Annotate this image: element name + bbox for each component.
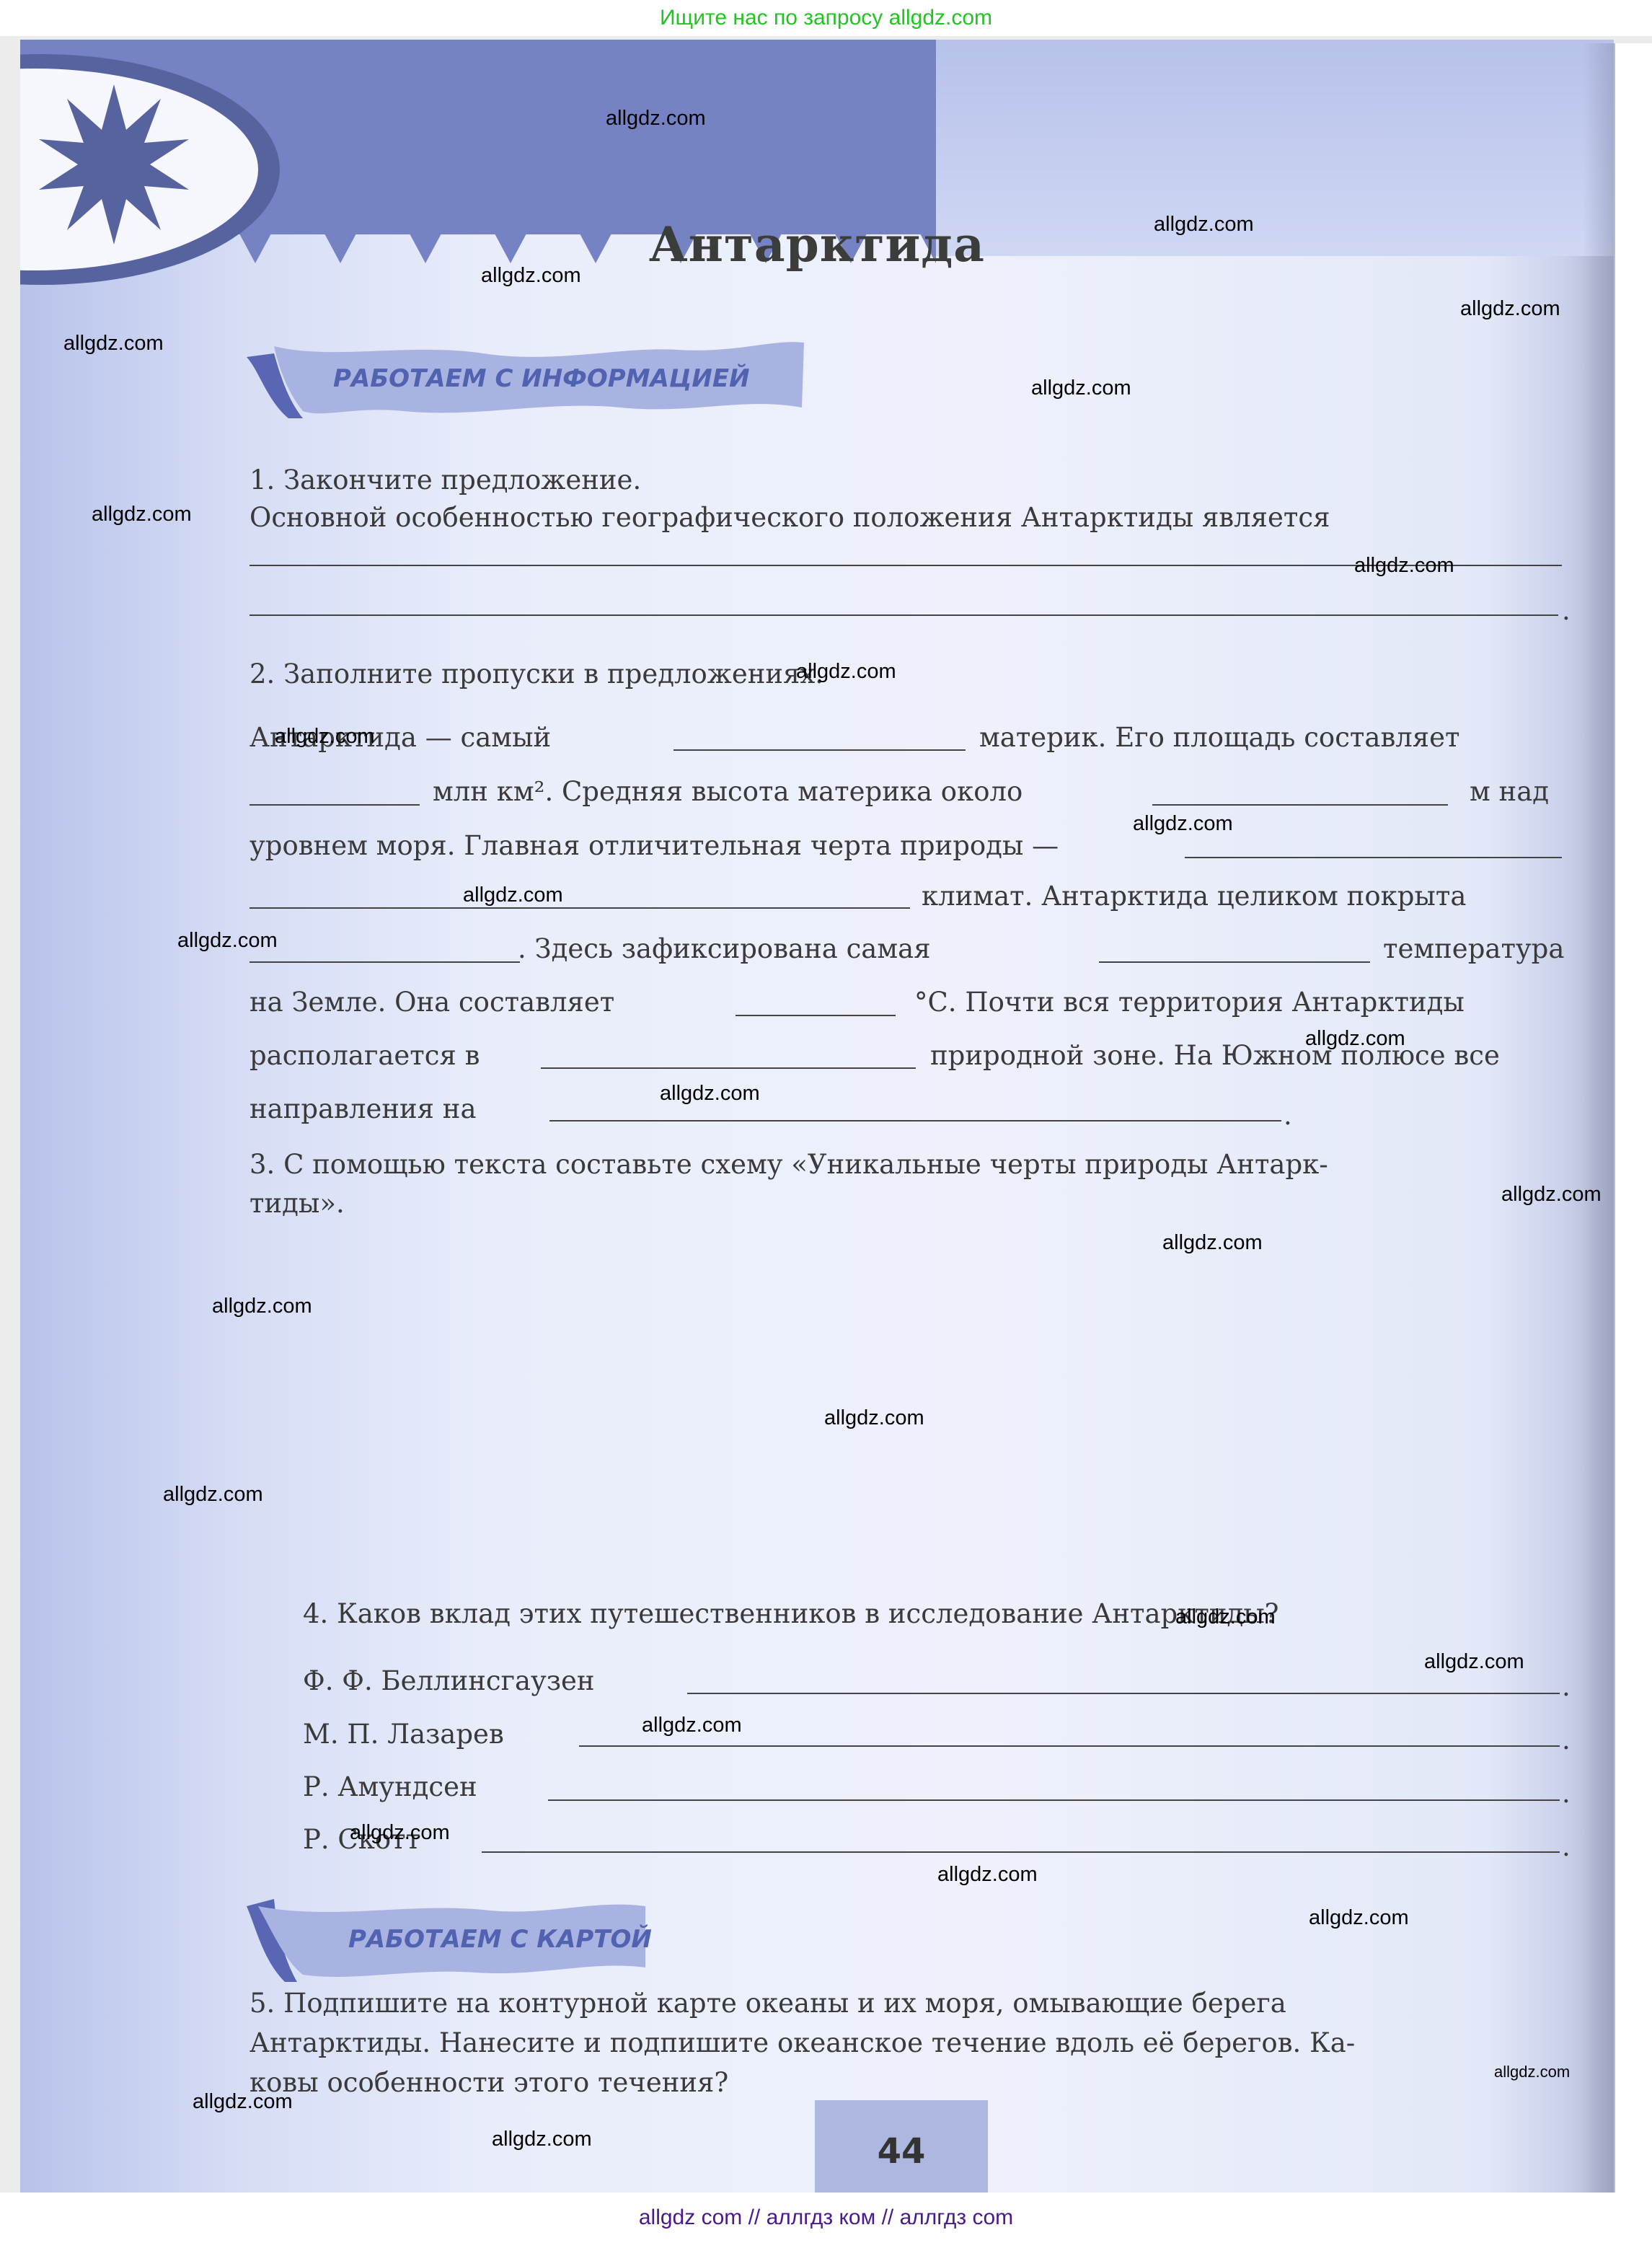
period: . [1562, 1671, 1571, 1702]
section-title-map: РАБОТАЕМ С КАРТОЙ [348, 1925, 652, 1954]
watermark: allgdz.com [92, 503, 192, 526]
watermark: allgdz.com [193, 2090, 293, 2114]
watermark: allgdz.com [1309, 1906, 1409, 1930]
task3-text: 3. С помощью текста составьте схему «Уни… [249, 1148, 1328, 1181]
task1-heading: 1. Закончите предложение. [249, 464, 641, 497]
task2-text: климат. Антарктида целиком покрыта [922, 880, 1466, 913]
watermark: allgdz.com [463, 883, 563, 907]
task5-text: 5. Подпишите на контурной карте океаны и… [249, 1987, 1286, 2020]
blank-direction[interactable] [549, 1120, 1281, 1121]
answer-line-scott[interactable] [482, 1851, 1560, 1853]
watermark: allgdz.com [796, 660, 896, 684]
scan-background-left [0, 36, 20, 2193]
blank-temperature-kind[interactable] [1099, 961, 1370, 963]
watermark: allgdz.com [1305, 1027, 1405, 1051]
task2-text: млн км². Средняя высота материка около [433, 775, 1022, 808]
watermark: allgdz.com [1133, 812, 1233, 836]
watermark: allgdz.com [1494, 2063, 1570, 2081]
watermark: allgdz.com [1175, 1605, 1276, 1629]
task2-text: природной зоне. На Южном полюсе все [930, 1039, 1500, 1072]
period: . [1562, 1778, 1571, 1809]
period: . [1562, 595, 1571, 626]
blank-temperature-value[interactable] [736, 1015, 896, 1016]
answer-line-lazarev[interactable] [579, 1745, 1560, 1747]
workbook-page: Антарктида РАБОТАЕМ С ИНФОРМАЦИЕЙ 1. Зак… [20, 40, 1614, 2193]
watermark: allgdz.com [642, 1714, 742, 1737]
watermark: allgdz.com [177, 929, 278, 953]
bottom-promo-banner[interactable]: allgdz com // аллгдз ком // аллгдз com [0, 2193, 1652, 2243]
task5-text: ковы особенности этого течения? [249, 2066, 728, 2099]
watermark: allgdz.com [1031, 376, 1131, 400]
period: . [1562, 1831, 1571, 1862]
watermark: allgdz.com [937, 1863, 1038, 1887]
watermark: allgdz.com [660, 1082, 760, 1106]
task4-heading: 4. Каков вклад этих путешественников в и… [303, 1598, 1279, 1631]
watermark: allgdz.com [824, 1406, 924, 1430]
watermark: allgdz.com [606, 107, 706, 131]
page-title: Антарктида [20, 216, 1614, 273]
period: . [1562, 1724, 1571, 1755]
watermark: allgdz.com [212, 1295, 312, 1318]
watermark: allgdz.com [481, 264, 581, 288]
traveler-name: М. П. Лазарев [303, 1718, 504, 1751]
page-spine-shadow [1583, 43, 1615, 2193]
task2-text: располагается в [249, 1039, 480, 1072]
section-title-info: РАБОТАЕМ С ИНФОРМАЦИЕЙ [333, 364, 750, 393]
watermark: allgdz.com [1354, 554, 1454, 578]
period: . [1284, 1100, 1292, 1131]
watermark: allgdz.com [1154, 213, 1254, 237]
blank-distinctive-feature[interactable] [1185, 857, 1562, 858]
task2-heading: 2. Заполните пропуски в предложениях. [249, 658, 823, 691]
task5-text: Антарктиды. Нанесите и подпишите океанск… [249, 2027, 1355, 2060]
blank-natural-zone[interactable] [541, 1067, 916, 1069]
task2-text: уровнем моря. Главная отличительная черт… [249, 829, 1059, 863]
blank-climate[interactable] [249, 907, 910, 909]
task1-text: Основной особенностью географического по… [249, 501, 1330, 534]
watermark: allgdz.com [275, 725, 375, 749]
task3-text: тиды». [249, 1187, 345, 1220]
blank-superlative[interactable] [673, 749, 966, 751]
blank-cover[interactable] [249, 961, 520, 963]
traveler-name: Ф. Ф. Беллинсгаузен [303, 1665, 595, 1698]
watermark: allgdz.com [63, 332, 164, 356]
blank-height[interactable] [1152, 804, 1448, 806]
watermark: allgdz.com [1501, 1183, 1602, 1207]
watermark: allgdz.com [492, 2128, 592, 2151]
task2-text: °С. Почти вся территория Антарктиды [914, 986, 1465, 1019]
task2-text: направления на [249, 1093, 477, 1126]
answer-line[interactable] [249, 614, 1558, 616]
task2-text: на Земле. Она составляет [249, 986, 614, 1019]
top-promo-banner[interactable]: Ищите нас по запросу allgdz.com [0, 0, 1652, 36]
watermark: allgdz.com [1162, 1231, 1263, 1255]
task2-text: температура [1383, 933, 1564, 966]
watermark: allgdz.com [163, 1483, 263, 1507]
watermark: allgdz.com [1424, 1650, 1524, 1674]
blank-area[interactable] [249, 804, 420, 806]
task2-text: материк. Его площадь составляет [979, 721, 1460, 754]
answer-line-amundsen[interactable] [548, 1799, 1560, 1801]
task2-text: м над [1470, 775, 1549, 808]
traveler-name: Р. Амундсен [303, 1771, 477, 1804]
task2-text: . Здесь зафиксирована самая [518, 933, 931, 966]
answer-line-bellingshausen[interactable] [687, 1693, 1560, 1694]
watermark: allgdz.com [1460, 297, 1560, 321]
page-number: 44 [815, 2131, 988, 2172]
watermark: allgdz.com [350, 1821, 450, 1845]
